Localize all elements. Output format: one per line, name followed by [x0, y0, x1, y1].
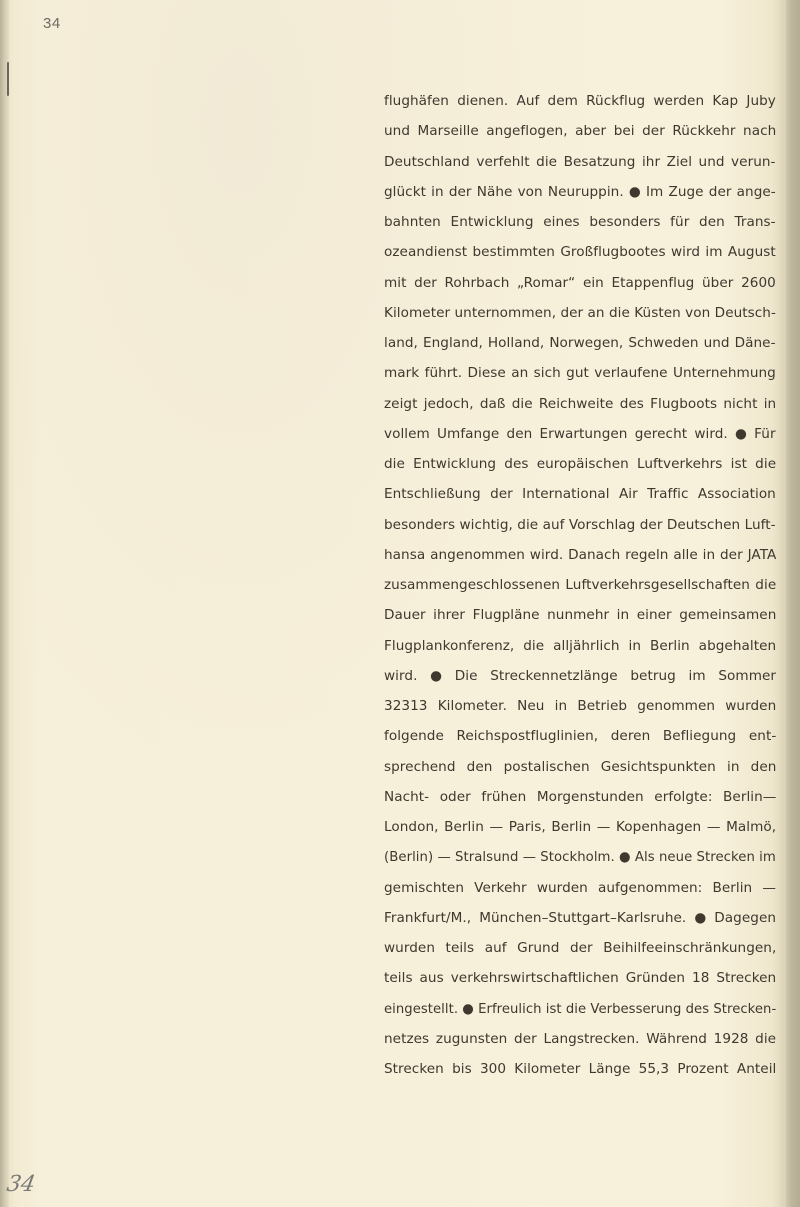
text-line: Kilometer unternommen, der an die Küsten…	[384, 298, 776, 328]
text-line: folgende Reichspostfluglinien, deren Bef…	[384, 721, 776, 751]
scanned-book-page: 34 flughäfen dienen. Auf dem Rückflug we…	[0, 0, 800, 1207]
text-line: zeigt jedoch, daß die Reichweite des Flu…	[384, 389, 776, 419]
text-line: Flugplankonferenz, die alljährlich in Be…	[384, 631, 776, 661]
text-line: teils aus verkehrswirtschaftlichen Gründ…	[384, 963, 776, 993]
text-line: netzes zugunsten der Langstrecken. Währe…	[384, 1024, 776, 1054]
text-line: (Berlin) — Stralsund — Stockholm. ● Als …	[384, 842, 776, 872]
text-line: bahnten Entwicklung eines besonders für …	[384, 207, 776, 237]
text-line: mark führt. Diese an sich gut verlaufene…	[384, 358, 776, 388]
text-line: gemischten Verkehr wurden aufgenommen: B…	[384, 873, 776, 903]
printed-page-number: 34	[43, 15, 61, 32]
text-line: vollem Umfange den Erwartungen gerecht w…	[384, 419, 776, 449]
text-line: sprechend den postalischen Gesichtspunkt…	[384, 752, 776, 782]
text-line: ozeandienst bestimmten Großflugbootes wi…	[384, 237, 776, 267]
text-line: die Entwicklung des europäischen Luftver…	[384, 449, 776, 479]
handwritten-page-number: 34	[5, 1172, 37, 1197]
text-line: mit der Rohrbach „Romar“ ein Etappenflug…	[384, 268, 776, 298]
text-line: flughäfen dienen. Auf dem Rückflug werde…	[384, 86, 776, 116]
text-line: zusammengeschlossenen Luftverkehrsgesell…	[384, 570, 776, 600]
text-line: Deutschland verfehlt die Besatzung ihr Z…	[384, 147, 776, 177]
text-line: hansa angenommen wird. Danach regeln all…	[384, 540, 776, 570]
text-line: Nacht- oder frühen Morgenstunden erfolgt…	[384, 782, 776, 812]
text-line: Strecken bis 300 Kilometer Länge 55,3 Pr…	[384, 1054, 776, 1084]
text-line: land, England, Holland, Norwegen, Schwed…	[384, 328, 776, 358]
body-text-column: flughäfen dienen. Auf dem Rückflug werde…	[384, 86, 776, 1084]
text-line: eingestellt. ● Erfreulich ist die Verbes…	[384, 994, 776, 1024]
text-line: wurden teils auf Grund der Beihilfeeinsc…	[384, 933, 776, 963]
text-line: Entschließung der International Air Traf…	[384, 479, 776, 509]
next-page-edge	[786, 0, 800, 1207]
text-line: glückt in der Nähe von Neuruppin. ● Im Z…	[384, 177, 776, 207]
text-line: wird. ● Die Streckennetzlänge betrug im …	[384, 661, 776, 691]
text-line: besonders wichtig, die auf Vorschlag der…	[384, 510, 776, 540]
text-line: Frankfurt/M., München–Stuttgart–Karlsruh…	[384, 903, 776, 933]
text-line: 32313 Kilometer. Neu in Betrieb genommen…	[384, 691, 776, 721]
text-line: Dauer ihrer Flugpläne nunmehr in einer g…	[384, 600, 776, 630]
text-line: und Marseille angeflogen, aber bei der R…	[384, 116, 776, 146]
text-line: London, Berlin — Paris, Berlin — Kopenha…	[384, 812, 776, 842]
book-binding-edge	[0, 0, 9, 1207]
binding-mark	[7, 62, 9, 96]
